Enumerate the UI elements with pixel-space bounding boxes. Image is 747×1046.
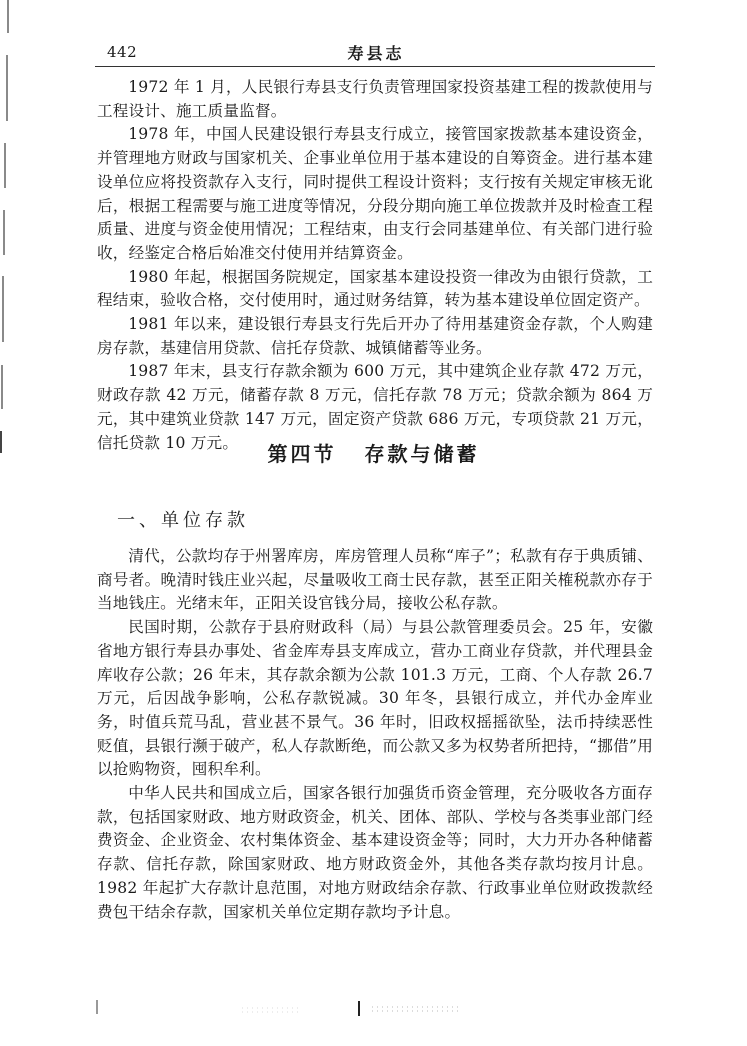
section-name: 存款与储蓄 bbox=[365, 442, 480, 466]
section-title: 第四节存款与储蓄 bbox=[0, 438, 747, 467]
text-block-construction-finance: 1972 年 1 月，人民银行寿县支行负责管理国家投资基建工程的拨款使用与工程设… bbox=[97, 76, 653, 455]
scan-noise bbox=[370, 1005, 460, 1013]
paragraph: 清代，公款均存于州署库房，库房管理人员称“库子”；私款有存于典质铺、商号者。晚清… bbox=[97, 545, 653, 616]
scan-noise bbox=[240, 1006, 300, 1014]
text-block-unit-deposits: 清代，公款均存于州署库房，库房管理人员称“库子”；私款有存于典质铺、商号者。晚清… bbox=[97, 545, 653, 924]
scan-edge-mark bbox=[3, 210, 5, 255]
scan-edge-mark bbox=[6, 55, 8, 121]
scan-edge-mark bbox=[4, 143, 6, 188]
paragraph: 民国时期，公款存于县府财政科（局）与县公款管理委员会。25 年，安徽省地方银行寿… bbox=[97, 616, 653, 782]
scan-edge-mark bbox=[2, 276, 4, 342]
running-header: 442 寿县志 bbox=[97, 40, 655, 66]
paragraph: 1980 年起，根据国务院规定，国家基本建设投资一律改为由银行贷款，工程结束，验… bbox=[97, 266, 653, 313]
scan-edge-mark bbox=[7, 0, 9, 33]
scanned-page: 442 寿县志 1972 年 1 月，人民银行寿县支行负责管理国家投资基建工程的… bbox=[0, 0, 747, 1046]
scan-bottom-mark bbox=[96, 1000, 98, 1014]
paragraph: 中华人民共和国成立后，国家各银行加强货币资金管理，充分吸收各方面存款，包括国家财… bbox=[97, 782, 653, 924]
section-number: 第四节 bbox=[268, 442, 337, 466]
scan-bottom-mark bbox=[358, 1001, 360, 1016]
subsection-heading: 一、单位存款 bbox=[117, 506, 249, 532]
paragraph: 1972 年 1 月，人民银行寿县支行负责管理国家投资基建工程的拨款使用与工程设… bbox=[97, 76, 653, 123]
paragraph: 1981 年以来，建设银行寿县支行先后开办了待用基建资金存款，个人购建房存款，基… bbox=[97, 313, 653, 360]
paragraph: 1978 年，中国人民建设银行寿县支行成立，接管国家拨款基本建设资金，并管理地方… bbox=[97, 123, 653, 265]
header-rule bbox=[95, 66, 655, 67]
scan-edge-mark bbox=[1, 365, 3, 409]
book-title: 寿县志 bbox=[97, 41, 655, 64]
